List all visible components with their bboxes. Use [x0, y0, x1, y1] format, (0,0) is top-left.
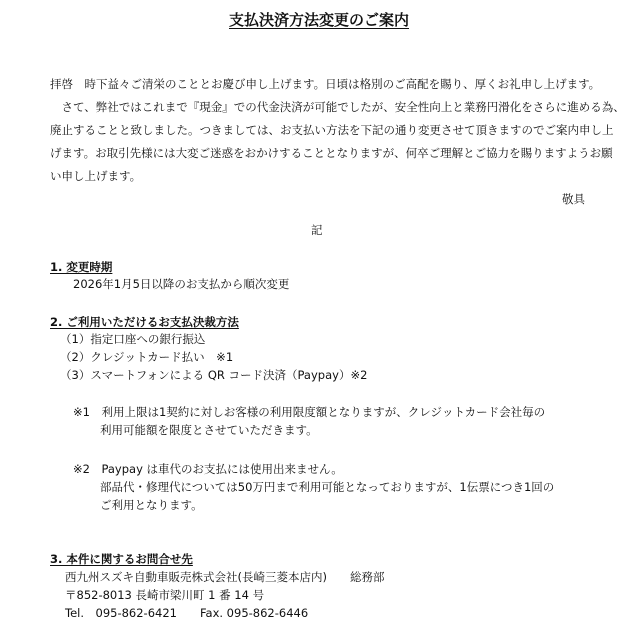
section-heading: 2. ご利用いただけるお支払決裁方法	[50, 314, 239, 330]
change-date-text: 2026年1月5日以降のお支払から順次変更	[73, 276, 289, 292]
closing-keigu: 敬具	[562, 191, 585, 207]
paragraph-line: 廃止することと致しました。つきましては、お支払い方法を下記の通り変更させて頂きま…	[50, 122, 614, 138]
note-2-line: ご利用となります。	[100, 497, 203, 513]
section-heading: 1. 変更時期	[50, 259, 112, 275]
note-1-line: ※1 利用上限は1契約に対しお客様の利用限度額となりますが、クレジットカード会社…	[73, 404, 545, 420]
document-title: 支払決済方法変更のご案内	[0, 10, 638, 30]
paragraph-line: さて、弊社ではこれまで『現金』での代金決済が可能でしたが、安全性向上と業務円滑化…	[50, 99, 625, 115]
payment-method-item: （2）クレジットカード払い ※1	[60, 349, 233, 365]
paragraph-line: げます。お取引先様には大変ご迷惑をおかけすることとなりますが、何卒ご理解とご協力…	[50, 145, 613, 161]
note-2-line: ※2 Paypay は車代のお支払には使用出来ません。	[73, 461, 343, 477]
contact-address: 〒852-8013 長崎市梁川町 1 番 14 号	[65, 587, 264, 603]
paragraph-line: 拝啓 時下益々ご清栄のこととお慶び申し上げます。日頃は格別のご高配を賜り、厚くお…	[50, 76, 600, 92]
payment-method-item: （3）スマートフォンによる QR コード決済（Paypay）※2	[60, 367, 367, 383]
contact-company: 西九州スズキ自動車販売株式会社(長崎三菱本店内) 総務部	[65, 569, 384, 585]
note-2-line: 部品代・修理代については50万円まで利用可能となっておりますが、1伝票につき1回…	[100, 479, 554, 495]
note-1-line: 利用可能額を限度とさせていただきます。	[100, 422, 318, 438]
contact-phone-fax: Tel. 095-862-6421 Fax. 095-862-6446	[65, 605, 308, 621]
payment-method-item: （1）指定口座への銀行振込	[60, 331, 205, 347]
ki-marker: 記	[311, 222, 323, 238]
section-heading: 3. 本件に関するお問合せ先	[50, 551, 193, 567]
paragraph-line: い申し上げます。	[50, 168, 141, 184]
